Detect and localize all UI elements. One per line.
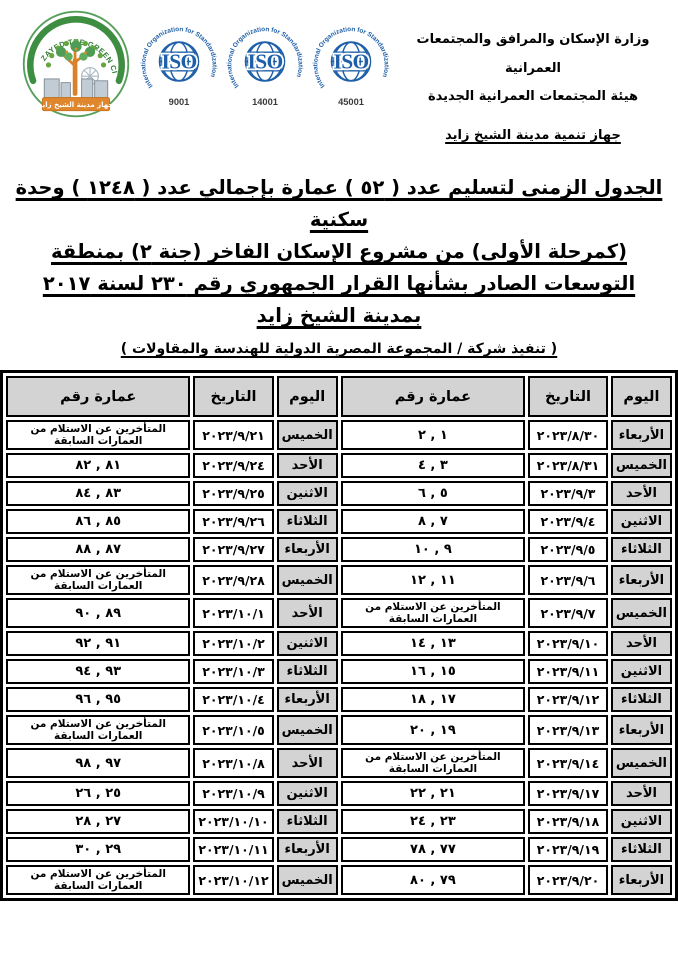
cell-building: ٢٩ , ٣٠ bbox=[6, 837, 190, 862]
cell-date: ٢٠٢٣/١٠/٥ bbox=[193, 715, 273, 745]
cell-building: المتأخرين عن الاستلام من العمارات السابق… bbox=[341, 748, 525, 778]
iso-badge-9001: International Organization for Standardi… bbox=[136, 14, 222, 113]
cell-building: ٥ , ٦ bbox=[341, 481, 525, 506]
cell-date: ٢٠٢٣/٨/٣١ bbox=[528, 453, 608, 478]
cell-date: ٢٠٢٣/١٠/١ bbox=[193, 598, 273, 628]
table-row: الأربعاء٢٠٢٣/٩/٦١١ , ١٢الخميس٢٠٢٣/٩/٢٨ال… bbox=[6, 565, 672, 595]
zayed-logo-icon: ZAYED THE GREEN CITY bbox=[20, 8, 132, 120]
cell-building: ٨٣ , ٨٤ bbox=[6, 481, 190, 506]
table-row: الخميس٢٠٢٣/٨/٣١٣ , ٤الأحد٢٠٢٣/٩/٢٤٨١ , ٨… bbox=[6, 453, 672, 478]
title-line-2: (كمرحلة الأولى) من مشروع الإسكان الفاخر … bbox=[51, 240, 627, 263]
header: ZAYED THE GREEN CITY bbox=[0, 0, 678, 150]
table-row: الأربعاء٢٠٢٣/٩/٢٠٧٩ , ٨٠الخميس٢٠٢٣/١٠/١٢… bbox=[6, 865, 672, 895]
cell-building: ١٣ , ١٤ bbox=[341, 631, 525, 656]
cell-building: ٣ , ٤ bbox=[341, 453, 525, 478]
cell-building: ٩٧ , ٩٨ bbox=[6, 748, 190, 778]
iso-number: 14001 bbox=[252, 97, 278, 107]
cell-date: ٢٠٢٣/١٠/٩ bbox=[193, 781, 273, 806]
cell-date: ٢٠٢٣/٨/٣٠ bbox=[528, 420, 608, 450]
table-row: الأحد٢٠٢٣/٩/١٧٢١ , ٢٢الاثنين٢٠٢٣/١٠/٩٢٥ … bbox=[6, 781, 672, 806]
table-row: الأحد٢٠٢٣/٩/١٠١٣ , ١٤الاثنين٢٠٢٣/١٠/٢٩١ … bbox=[6, 631, 672, 656]
logo-banner: جهاز مدينة الشيخ زايد bbox=[39, 98, 114, 111]
table-row: الخميس٢٠٢٣/٩/١٤المتأخرين عن الاستلام من … bbox=[6, 748, 672, 778]
cell-building: ٧٩ , ٨٠ bbox=[341, 865, 525, 895]
cell-date: ٢٠٢٣/٩/٦ bbox=[528, 565, 608, 595]
cell-day: الأحد bbox=[277, 453, 338, 478]
cell-day: الاثنين bbox=[277, 781, 338, 806]
authority-line: هيئة المجتمعات العمرانية الجديدة bbox=[394, 83, 672, 112]
cell-date: ٢٠٢٣/٩/١٣ bbox=[528, 715, 608, 745]
cell-building: المتأخرين عن الاستلام من العمارات السابق… bbox=[6, 865, 190, 895]
title-block: الجدول الزمنى لتسليم عدد ( ٥٢ ) عمارة بإ… bbox=[0, 172, 678, 357]
cell-day: الاثنين bbox=[611, 809, 672, 834]
iso-badges: International Organization for Standardi… bbox=[136, 14, 394, 113]
cell-date: ٢٠٢٣/٩/١٠ bbox=[528, 631, 608, 656]
cell-building: ١٩ , ٢٠ bbox=[341, 715, 525, 745]
title-line-3: التوسعات الصادر بشأنها القرار الجمهوري ر… bbox=[43, 272, 635, 295]
cell-day: الثلاثاء bbox=[277, 809, 338, 834]
table-header-row: اليوم التاريخ عمارة رقم اليوم التاريخ عم… bbox=[6, 376, 672, 417]
table-row: الأحد٢٠٢٣/٩/٣٥ , ٦الاثنين٢٠٢٣/٩/٢٥٨٣ , ٨… bbox=[6, 481, 672, 506]
schedule-table: اليوم التاريخ عمارة رقم اليوم التاريخ عم… bbox=[0, 370, 678, 901]
iso-logo-icon: International Organization for Standardi… bbox=[136, 14, 222, 109]
cell-date: ٢٠٢٣/١٠/٨ bbox=[193, 748, 273, 778]
cell-date: ٢٠٢٣/٩/٢٠ bbox=[528, 865, 608, 895]
iso-number: 45001 bbox=[338, 97, 364, 107]
zayed-city-logo: ZAYED THE GREEN CITY bbox=[20, 8, 132, 124]
cell-day: الأحد bbox=[611, 481, 672, 506]
cell-day: الأربعاء bbox=[277, 537, 338, 562]
cell-day: الخميس bbox=[277, 715, 338, 745]
cell-building: ٢٣ , ٢٤ bbox=[341, 809, 525, 834]
header-date-2: التاريخ bbox=[193, 376, 273, 417]
table-row: الثلاثاء٢٠٢٣/٩/١٢١٧ , ١٨الأربعاء٢٠٢٣/١٠/… bbox=[6, 687, 672, 712]
header-date-1: التاريخ bbox=[528, 376, 608, 417]
cell-date: ٢٠٢٣/١٠/٢ bbox=[193, 631, 273, 656]
table-row: الأربعاء٢٠٢٣/٩/١٣١٩ , ٢٠الخميس٢٠٢٣/١٠/٥ا… bbox=[6, 715, 672, 745]
cell-day: الخميس bbox=[611, 748, 672, 778]
cell-date: ٢٠٢٣/٩/١٧ bbox=[528, 781, 608, 806]
cell-building: ٢١ , ٢٢ bbox=[341, 781, 525, 806]
cell-day: الأربعاء bbox=[611, 715, 672, 745]
cell-date: ٢٠٢٣/٩/١١ bbox=[528, 659, 608, 684]
cell-date: ٢٠٢٣/٩/٧ bbox=[528, 598, 608, 628]
cell-building: ٩٣ , ٩٤ bbox=[6, 659, 190, 684]
cell-building: المتأخرين عن الاستلام من العمارات السابق… bbox=[6, 565, 190, 595]
cell-day: الأحد bbox=[277, 598, 338, 628]
cell-building: ٩١ , ٩٢ bbox=[6, 631, 190, 656]
cell-date: ٢٠٢٣/١٠/١٢ bbox=[193, 865, 273, 895]
cell-day: الأربعاء bbox=[277, 687, 338, 712]
cell-date: ٢٠٢٣/٩/٢٦ bbox=[193, 509, 273, 534]
cell-building: ١٧ , ١٨ bbox=[341, 687, 525, 712]
document-page: ZAYED THE GREEN CITY bbox=[0, 0, 678, 960]
cell-building: المتأخرين عن الاستلام من العمارات السابق… bbox=[341, 598, 525, 628]
cell-building: ٢٧ , ٢٨ bbox=[6, 809, 190, 834]
title-line-4: بمدينة الشيخ زايد bbox=[257, 304, 422, 327]
cell-building: المتأخرين عن الاستلام من العمارات السابق… bbox=[6, 715, 190, 745]
cell-day: الخميس bbox=[277, 565, 338, 595]
iso-logo-icon: International Organization for Standardi… bbox=[222, 14, 308, 109]
cell-day: الأحد bbox=[611, 781, 672, 806]
iso-number: 9001 bbox=[169, 97, 190, 107]
cell-date: ٢٠٢٣/١٠/١١ bbox=[193, 837, 273, 862]
title-line-1: الجدول الزمنى لتسليم عدد ( ٥٢ ) عمارة بإ… bbox=[16, 176, 663, 231]
cell-day: الأحد bbox=[611, 631, 672, 656]
cell-day: الخميس bbox=[277, 420, 338, 450]
table-row: الاثنين٢٠٢٣/٩/١٨٢٣ , ٢٤الثلاثاء٢٠٢٣/١٠/١… bbox=[6, 809, 672, 834]
header-building-2: عمارة رقم bbox=[6, 376, 190, 417]
cell-date: ٢٠٢٣/٩/٥ bbox=[528, 537, 608, 562]
cell-building: ٩ , ١٠ bbox=[341, 537, 525, 562]
cell-building: ٧٧ , ٧٨ bbox=[341, 837, 525, 862]
cell-building: المتأخرين عن الاستلام من العمارات السابق… bbox=[6, 420, 190, 450]
cell-date: ٢٠٢٣/١٠/١٠ bbox=[193, 809, 273, 834]
cell-building: ١٥ , ١٦ bbox=[341, 659, 525, 684]
iso-label: ISO bbox=[334, 50, 369, 74]
cell-day: الثلاثاء bbox=[611, 837, 672, 862]
cell-building: ٢٥ , ٢٦ bbox=[6, 781, 190, 806]
iso-label: ISO bbox=[162, 50, 197, 74]
contractor-line: ( تنفيذ شركة / المجموعة المصرية الدولية … bbox=[121, 341, 557, 357]
iso-label: ISO bbox=[248, 50, 283, 74]
iso-badge-45001: International Organization for Standardi… bbox=[308, 14, 394, 113]
authority-block: وزارة الإسكان والمرافق والمجتمعات العمرا… bbox=[394, 8, 672, 150]
cell-day: الأربعاء bbox=[277, 837, 338, 862]
cell-building: ٧ , ٨ bbox=[341, 509, 525, 534]
header-building-1: عمارة رقم bbox=[341, 376, 525, 417]
cell-day: الأربعاء bbox=[611, 865, 672, 895]
agency-line: جهاز تنمية مدينة الشيخ زايد bbox=[445, 122, 621, 151]
cell-day: الخميس bbox=[611, 598, 672, 628]
cell-day: الاثنين bbox=[611, 509, 672, 534]
cell-day: الاثنين bbox=[277, 481, 338, 506]
cell-day: الأربعاء bbox=[611, 420, 672, 450]
cell-date: ٢٠٢٣/٩/١٨ bbox=[528, 809, 608, 834]
cell-day: الثلاثاء bbox=[611, 687, 672, 712]
cell-date: ٢٠٢٣/٩/٢٤ bbox=[193, 453, 273, 478]
table-row: الخميس٢٠٢٣/٩/٧المتأخرين عن الاستلام من ا… bbox=[6, 598, 672, 628]
table-row: الثلاثاء٢٠٢٣/٩/١٩٧٧ , ٧٨الأربعاء٢٠٢٣/١٠/… bbox=[6, 837, 672, 862]
iso-badge-14001: International Organization for Standardi… bbox=[222, 14, 308, 113]
cell-day: الثلاثاء bbox=[277, 659, 338, 684]
cell-date: ٢٠٢٣/٩/٤ bbox=[528, 509, 608, 534]
cell-date: ٢٠٢٣/١٠/٣ bbox=[193, 659, 273, 684]
cell-day: الخميس bbox=[611, 453, 672, 478]
cell-day: الأحد bbox=[277, 748, 338, 778]
cell-date: ٢٠٢٣/٩/٢٨ bbox=[193, 565, 273, 595]
logo-banner-text: جهاز مدينة الشيخ زايد bbox=[39, 101, 114, 109]
cell-date: ٢٠٢٣/٩/٢٥ bbox=[193, 481, 273, 506]
iso-logo-icon: International Organization for Standardi… bbox=[308, 14, 394, 109]
cell-date: ٢٠٢٣/٩/٢١ bbox=[193, 420, 273, 450]
header-day-1: اليوم bbox=[611, 376, 672, 417]
cell-building: ٨٥ , ٨٦ bbox=[6, 509, 190, 534]
cell-date: ٢٠٢٣/٩/٣ bbox=[528, 481, 608, 506]
cell-day: الأربعاء bbox=[611, 565, 672, 595]
cell-date: ٢٠٢٣/١٠/٤ bbox=[193, 687, 273, 712]
cell-day: الاثنين bbox=[277, 631, 338, 656]
table-row: الاثنين٢٠٢٣/٩/١١١٥ , ١٦الثلاثاء٢٠٢٣/١٠/٣… bbox=[6, 659, 672, 684]
cell-day: الثلاثاء bbox=[277, 509, 338, 534]
cell-building: ٨٧ , ٨٨ bbox=[6, 537, 190, 562]
cell-date: ٢٠٢٣/٩/١٢ bbox=[528, 687, 608, 712]
cell-building: ٨٩ , ٩٠ bbox=[6, 598, 190, 628]
cell-day: الثلاثاء bbox=[611, 537, 672, 562]
cell-date: ٢٠٢٣/٩/١٩ bbox=[528, 837, 608, 862]
table-row: الاثنين٢٠٢٣/٩/٤٧ , ٨الثلاثاء٢٠٢٣/٩/٢٦٨٥ … bbox=[6, 509, 672, 534]
cell-date: ٢٠٢٣/٩/١٤ bbox=[528, 748, 608, 778]
header-day-2: اليوم bbox=[277, 376, 338, 417]
cell-building: ١ , ٢ bbox=[341, 420, 525, 450]
ministry-line: وزارة الإسكان والمرافق والمجتمعات العمرا… bbox=[394, 26, 672, 83]
cell-day: الخميس bbox=[277, 865, 338, 895]
cell-building: ٩٥ , ٩٦ bbox=[6, 687, 190, 712]
cell-building: ١١ , ١٢ bbox=[341, 565, 525, 595]
table-row: الثلاثاء٢٠٢٣/٩/٥٩ , ١٠الأربعاء٢٠٢٣/٩/٢٧٨… bbox=[6, 537, 672, 562]
cell-day: الاثنين bbox=[611, 659, 672, 684]
cell-date: ٢٠٢٣/٩/٢٧ bbox=[193, 537, 273, 562]
table-row: الأربعاء٢٠٢٣/٨/٣٠١ , ٢الخميس٢٠٢٣/٩/٢١الم… bbox=[6, 420, 672, 450]
cell-building: ٨١ , ٨٢ bbox=[6, 453, 190, 478]
